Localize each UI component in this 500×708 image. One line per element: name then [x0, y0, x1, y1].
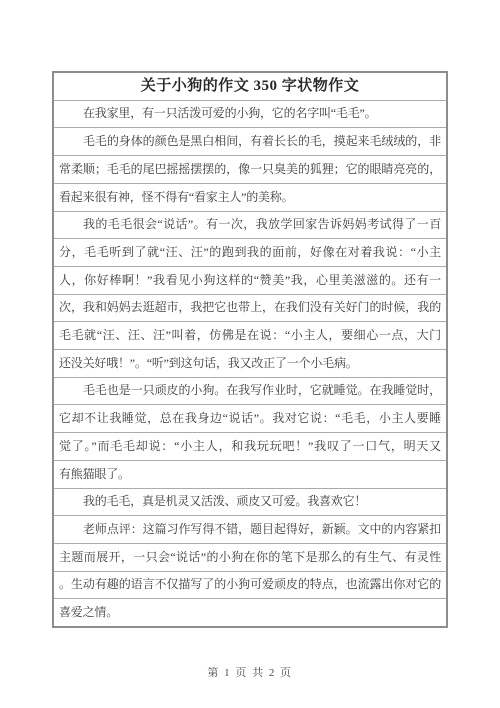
essay-sheet: 关于小狗的作文 350 字状物作文在我家里，有一只活泼可爱的小狗，它的名字叫“毛…: [52, 71, 448, 628]
essay-line-row: 主题而展开，一只会“说话”的小狗在你的笔下是那么的有生气、有灵性: [54, 544, 446, 572]
essay-line-text: 毛毛就“汪、汪、汪”叫着，仿佛是在说：“小主人，要细心一点，大门: [59, 329, 441, 342]
essay-line-text: 在我家里，有一只活泼可爱的小狗，它的名字叫“毛毛”。: [59, 107, 441, 120]
essay-line-text: 主题而展开，一只会“说话”的小狗在你的笔下是那么的有生气、有灵性: [59, 551, 441, 564]
essay-title-row: 关于小狗的作文 350 字状物作文: [54, 73, 446, 101]
essay-line-row: 我的毛毛，真是机灵又活泼、顽皮又可爱。我喜欢它！: [54, 489, 446, 517]
essay-line-row: 常柔顺；毛毛的尾巴摇摇摆摆的，像一只臭美的狐狸；它的眼睛亮亮的，: [54, 156, 446, 184]
essay-line-text: 人，你好棒啊！”我看见小狗这样的“赞美”我，心里美滋滋的。还有一: [59, 274, 441, 287]
essay-line-text: 喜爱之情。: [59, 606, 441, 619]
essay-line-text: 老师点评：这篇习作写得不错，题目起得好，新颖。文中的内容紧扣: [59, 523, 441, 536]
essay-line-text: 。生动有趣的语言不仅描写了的小狗可爱顽皮的特点，也流露出你对它的: [59, 578, 441, 591]
essay-line-row: 分，毛毛听到了就“汪、汪”的跑到我的面前，好像在对着我说：“小主: [54, 239, 446, 267]
essay-line-row: 它却不让我睡觉，总在我身边“说话”。我对它说：“毛毛，小主人要睡: [54, 405, 446, 433]
essay-line-row: 觉了。”而毛毛却说：“小主人，和我玩玩吧！”我叹了一口气，明天又: [54, 433, 446, 461]
essay-line-row: 次，我和妈妈去逛超市，我把它也带上，在我们没有关好门的时候，我的: [54, 295, 446, 323]
essay-line-text: 觉了。”而毛毛却说：“小主人，和我玩玩吧！”我叹了一口气，明天又: [59, 440, 441, 453]
essay-line-text: 毛毛的身体的颜色是黑白相间，有着长长的毛，摸起来毛绒绒的，非: [59, 135, 441, 148]
essay-line-text: 看起来很有神，怪不得有“看家主人”的美称。: [59, 191, 441, 204]
essay-line-text: 还没关好哦！”。“听”到这句话，我又改正了一个小毛病。: [59, 357, 441, 370]
essay-line-row: 还没关好哦！”。“听”到这句话，我又改正了一个小毛病。: [54, 350, 446, 378]
essay-line-text: 我的毛毛很会“说话”。有一次，我放学回家告诉妈妈考试得了一百: [59, 218, 441, 231]
essay-line-row: 。生动有趣的语言不仅描写了的小狗可爱顽皮的特点，也流露出你对它的: [54, 572, 446, 600]
essay-line-text: 毛毛也是一只顽皮的小狗。在我写作业时，它就睡觉。在我睡觉时，: [59, 384, 441, 397]
essay-line-row: 毛毛就“汪、汪、汪”叫着，仿佛是在说：“小主人，要细心一点，大门: [54, 322, 446, 350]
essay-line-row: 老师点评：这篇习作写得不错，题目起得好，新颖。文中的内容紧扣: [54, 516, 446, 544]
essay-line-row: 毛毛的身体的颜色是黑白相间，有着长长的毛，摸起来毛绒绒的，非: [54, 128, 446, 156]
page-number: 第 1 页 共 2 页: [0, 664, 500, 680]
essay-line-text: 分，毛毛听到了就“汪、汪”的跑到我的面前，好像在对着我说：“小主: [59, 246, 441, 259]
essay-line-row: 有熊猫眼了。: [54, 461, 446, 489]
essay-line-text: 它却不让我睡觉，总在我身边“说话”。我对它说：“毛毛，小主人要睡: [59, 412, 441, 425]
essay-line-row: 毛毛也是一只顽皮的小狗。在我写作业时，它就睡觉。在我睡觉时，: [54, 378, 446, 406]
essay-line-row: 喜爱之情。: [54, 599, 446, 626]
essay-title-text: 关于小狗的作文 350 字状物作文: [59, 78, 441, 95]
essay-line-text: 常柔顺；毛毛的尾巴摇摇摆摆的，像一只臭美的狐狸；它的眼睛亮亮的，: [59, 163, 441, 176]
essay-line-row: 我的毛毛很会“说话”。有一次，我放学回家告诉妈妈考试得了一百: [54, 212, 446, 240]
essay-line-row: 人，你好棒啊！”我看见小狗这样的“赞美”我，心里美滋滋的。还有一: [54, 267, 446, 295]
essay-line-text: 有熊猫眼了。: [59, 468, 441, 481]
essay-line-text: 我的毛毛，真是机灵又活泼、顽皮又可爱。我喜欢它！: [59, 495, 441, 508]
essay-line-row: 看起来很有神，怪不得有“看家主人”的美称。: [54, 184, 446, 212]
essay-line-row: 在我家里，有一只活泼可爱的小狗，它的名字叫“毛毛”。: [54, 101, 446, 129]
essay-line-text: 次，我和妈妈去逛超市，我把它也带上，在我们没有关好门的时候，我的: [59, 301, 441, 314]
document-page: 关于小狗的作文 350 字状物作文在我家里，有一只活泼可爱的小狗，它的名字叫“毛…: [0, 0, 500, 708]
